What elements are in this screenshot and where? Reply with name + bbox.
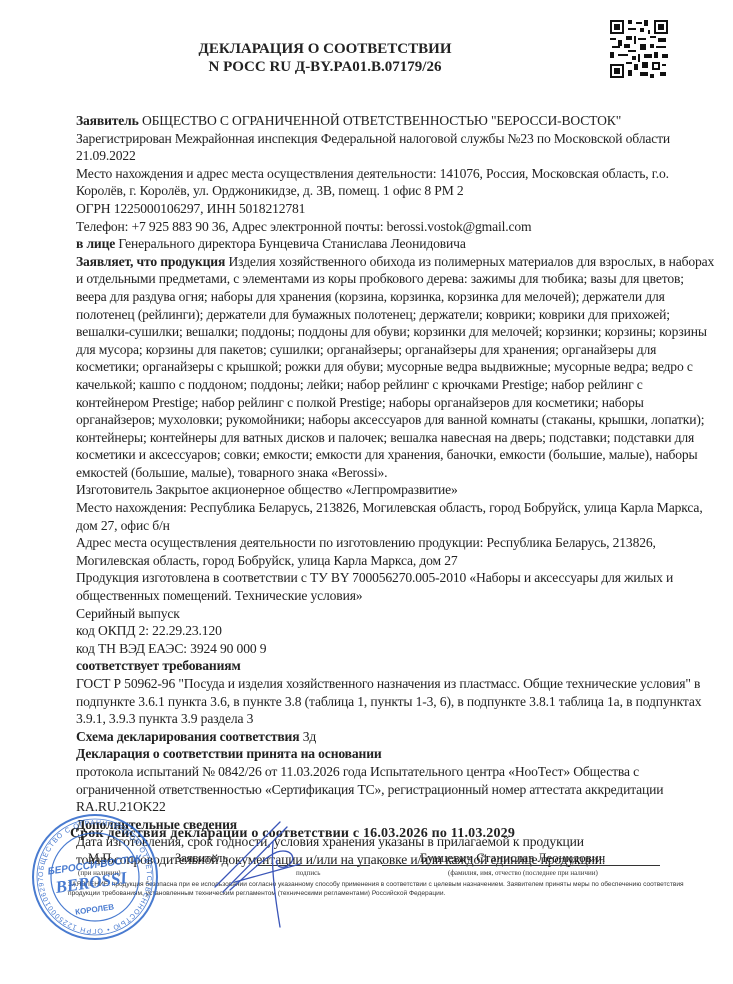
name-caption: (фамилия, имя, отчество (последнее при н… <box>448 869 598 877</box>
represented-line: в лице Генерального директора Бунцевича … <box>76 235 716 253</box>
title-heading: ДЕКЛАРАЦИЯ О СООТВЕТСТВИИ <box>180 40 470 58</box>
applicant-address: Место нахождения и адрес места осуществл… <box>76 165 716 200</box>
manufacturer-tu: Продукция изготовлена в соответствии с Т… <box>76 569 716 604</box>
manufacturer-line: Изготовитель Закрытое акционерное общест… <box>76 481 716 499</box>
declaration-number: N РОСС RU Д-BY.PA01.B.07179/26 <box>180 58 470 76</box>
scheme-label: Схема декларирования соответствия <box>76 729 299 744</box>
signature-icon <box>205 812 315 932</box>
scheme-value: 3д <box>303 729 316 744</box>
disclaimer-text: ЗАЯВЛЕНИЕ: продукция безопасна при ее ис… <box>68 880 708 898</box>
manufacturer-production-address: Адрес места осуществления деятельности п… <box>76 534 716 569</box>
company-stamp-icon: ОБЩЕСТВО С ОГРАНИЧЕННОЙ ОТВЕТСТВЕННОСТЬЮ… <box>30 812 160 942</box>
represented-by: Генерального директора Бунцевича Станисл… <box>118 236 465 251</box>
serial-release: Серийный выпуск <box>76 605 716 623</box>
basis-label: Декларация о соответствии принята на осн… <box>76 745 716 763</box>
applicant-name: ОБЩЕСТВО С ОГРАНИЧЕННОЙ ОТВЕТСТВЕННОСТЬЮ… <box>142 113 621 128</box>
requirements-label: соответствует требованиям <box>76 657 716 675</box>
declaration-body: Заявитель ОБЩЕСТВО С ОГРАНИЧЕННОЙ ОТВЕТС… <box>76 112 716 869</box>
okpd-code: код ОКПД 2: 22.29.23.120 <box>76 622 716 640</box>
qr-code-icon <box>610 20 668 78</box>
applicant-ogrn-inn: ОГРН 1225000106297, ИНН 5018212781 <box>76 200 716 218</box>
applicant-contacts: Телефон: +7 925 883 90 36, Адрес электро… <box>76 218 716 236</box>
scheme-line: Схема декларирования соответствия 3д <box>76 728 716 746</box>
applicant-label: Заявитель <box>76 113 139 128</box>
product-section: Заявляет, что продукция Изделия хозяйств… <box>76 253 716 482</box>
product-description: Изделия хозяйственного обихода из полиме… <box>76 254 714 480</box>
product-label: Заявляет, что продукция <box>76 254 225 269</box>
signatory-name: Бунцевич Станислав Леонидович <box>420 850 605 866</box>
tn-ved-code: код ТН ВЭД ЕАЭС: 3924 90 000 9 <box>76 640 716 658</box>
represented-label: в лице <box>76 236 115 251</box>
document-title: ДЕКЛАРАЦИЯ О СООТВЕТСТВИИ N РОСС RU Д-BY… <box>180 40 470 76</box>
applicant-line: Заявитель ОБЩЕСТВО С ОГРАНИЧЕННОЙ ОТВЕТС… <box>76 112 716 130</box>
manufacturer-location: Место нахождения: Республика Беларусь, 2… <box>76 499 716 534</box>
stamp-city-text: КОРОЛЕВ <box>75 902 115 916</box>
basis-text: протокола испытаний № 0842/26 от 11.03.2… <box>76 763 716 816</box>
applicant-registration: Зарегистрирован Межрайонная инспекция Фе… <box>76 130 716 165</box>
requirements-text: ГОСТ Р 50962-96 "Посуда и изделия хозяйс… <box>76 675 716 728</box>
